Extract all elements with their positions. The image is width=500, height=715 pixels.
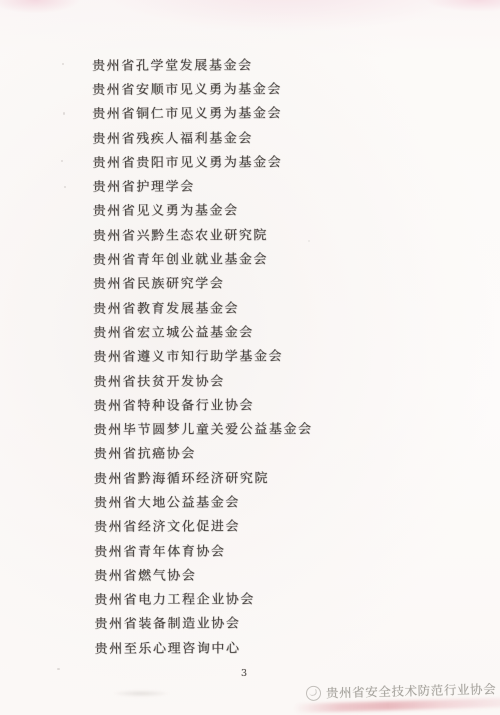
list-item: 贵州省孔学堂发展基金会 bbox=[92, 51, 311, 76]
list-item: 贵州至乐心理咨询中心 bbox=[95, 634, 314, 659]
scan-speck bbox=[63, 112, 65, 115]
scanned-page: 贵州省孔学堂发展基金会 贵州省安顺市见义勇为基金会 贵州省铜仁市见义勇为基金会 … bbox=[0, 0, 500, 715]
list-item: 贵州毕节圆梦儿童关爱公益基金会 bbox=[94, 415, 313, 440]
list-item: 贵州省燃气协会 bbox=[94, 561, 313, 586]
list-item: 贵州省宏立城公益基金会 bbox=[93, 318, 312, 343]
list-item: 贵州省护理学会 bbox=[93, 173, 312, 198]
scan-speck bbox=[64, 186, 66, 188]
association-logo-icon bbox=[306, 685, 321, 700]
list-item: 贵州省遵义市知行助学基金会 bbox=[93, 343, 312, 368]
list-item: 贵州省安顺市见义勇为基金会 bbox=[92, 75, 311, 100]
scan-speck bbox=[308, 240, 310, 242]
list-item: 贵州省电力工程企业协会 bbox=[94, 586, 313, 611]
list-item: 贵州省抗癌协会 bbox=[94, 440, 313, 465]
list-item: 贵州省特种设备行业协会 bbox=[93, 391, 312, 416]
list-item: 贵州省黔海循环经济研究院 bbox=[94, 464, 313, 489]
list-item: 贵州省经济文化促进会 bbox=[94, 513, 313, 538]
list-item: 贵州省教育发展基金会 bbox=[93, 294, 312, 319]
list-item: 贵州省贵阳市见义勇为基金会 bbox=[92, 148, 311, 173]
list-item: 贵州省青年创业就业基金会 bbox=[93, 245, 312, 270]
scan-smudge bbox=[112, 690, 170, 697]
scan-speck bbox=[61, 160, 63, 162]
list-item: 贵州省装备制造业协会 bbox=[94, 610, 313, 635]
list-item: 贵州省扶贫开发协会 bbox=[93, 367, 312, 392]
page-number: 3 bbox=[241, 668, 247, 679]
list-item: 贵州省见义勇为基金会 bbox=[93, 197, 312, 222]
list-item: 贵州省残疾人福利基金会 bbox=[92, 124, 311, 149]
organization-list: 贵州省孔学堂发展基金会 贵州省安顺市见义勇为基金会 贵州省铜仁市见义勇为基金会 … bbox=[92, 51, 314, 659]
list-item: 贵州省青年体育协会 bbox=[94, 537, 313, 562]
list-item: 贵州省大地公益基金会 bbox=[94, 488, 313, 513]
scan-speck bbox=[57, 668, 60, 670]
scan-speck bbox=[62, 63, 64, 65]
list-item: 贵州省铜仁市见义勇为基金会 bbox=[92, 100, 311, 125]
list-item: 贵州省兴黔生态农业研究院 bbox=[93, 221, 312, 246]
list-item: 贵州省民族研究学会 bbox=[93, 270, 312, 295]
